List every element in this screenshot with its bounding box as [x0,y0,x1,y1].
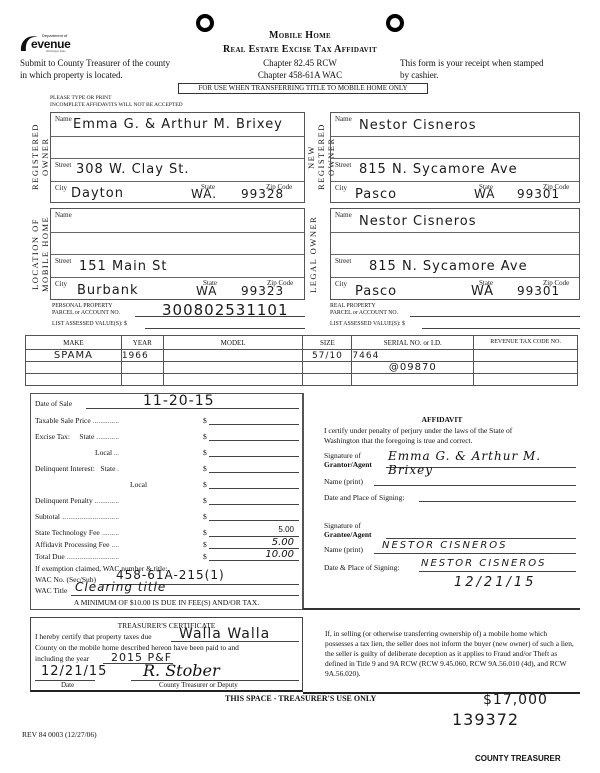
legal-owner-box: Name Nestor Cisneros Street 815 N. Sycam… [330,208,580,300]
table-row [26,374,578,386]
grantee-name-value: NESTOR CISNEROS [382,540,508,551]
reg-name-value: Emma G. & Arthur M. Brixey [73,117,283,132]
cert-signer-label: County Treasurer or Deputy [159,681,238,689]
cell-year[interactable] [121,374,163,386]
chapter-wac: Chapter 458-61A WAC [240,70,360,80]
registered-owner-label: REGISTERED OWNER [30,112,52,202]
tax-line-label: Excise Tax: State [35,432,96,441]
grantor-date-label: Date and Place of Signing: [324,493,404,502]
cell-size[interactable] [303,374,352,386]
col-model: MODEL [163,336,303,350]
treasurer-use-only: THIS SPACE - TREASURER'S USE ONLY [225,694,376,703]
date-of-sale-label: Date of Sale [35,399,72,408]
grantor-date-line[interactable] [419,501,576,502]
tax-line-row: Excise Tax: State.......................… [35,432,294,442]
receipt-note-1: This form is your receipt when stamped [400,58,543,68]
cell-make[interactable]: SPAMA [26,350,122,362]
cert-signature: R. Stober [143,661,220,680]
loc-street-label: Street [55,257,71,265]
legal-name-row2[interactable] [331,233,579,255]
affidavit-section: AFFIDAVIT I certify under penalty of per… [303,393,580,610]
reg-city-value: Dayton [71,186,124,201]
cell-size[interactable]: 57/10 [303,350,352,362]
dollar-sign: $ [203,528,207,537]
reg-street-value: 308 W. Clay St. [76,162,190,177]
grantee-sig-label-2: Grantee/Agent [324,530,372,539]
submit-note-1: Submit to County Treasurer of the county [20,58,170,68]
submit-note-2: in which property is located. [20,70,123,80]
treasurer-certificate: TREASURER'S CERTIFICATE I hereby certify… [30,617,303,692]
cell-serial[interactable] [352,374,474,386]
real-assessed-label: LIST ASSESSED VALUE(S): $ [330,321,405,327]
tax-line-label: State Technology Fee [35,528,102,537]
legal-street-row[interactable]: Street 815 N. Sycamore Ave [331,255,579,278]
table-row: @09870 [26,362,578,374]
cell-model[interactable] [163,350,303,362]
legal-name-value: Nestor Cisneros [359,214,477,229]
reg-street-row[interactable]: Street 308 W. Clay St. [51,159,304,182]
reg-name-label: Name [55,115,72,123]
reg-street-label: Street [55,161,71,169]
tax-amount-field[interactable] [209,488,299,489]
personal-parcel-label-1: PERSONAL PROPERTY [52,303,120,310]
legal-city-row[interactable]: City Pasco State WA Zip Code 99301 [331,278,579,301]
reg-city-label: City [55,184,67,192]
grantee-date-line[interactable] [419,571,576,572]
tax-line-label: Delinquent Penalty [35,496,95,505]
affidavit-divider [303,608,580,610]
tax-line-row: Delinquent Interest: State..............… [35,464,294,474]
loc-street-value: 151 Main St [79,259,167,274]
instructions: PLEASE TYPE OR PRINT INCOMPLETE AFFIDAVI… [50,95,183,109]
cell-revenue-code[interactable] [474,350,578,362]
tax-amount-field[interactable] [209,560,299,561]
tax-line-row: Subtotal................................… [35,512,294,522]
col-revenue-code: REVENUE TAX CODE NO. [474,336,578,350]
legal-name-row[interactable]: Name Nestor Cisneros [331,209,579,233]
loc-name-row[interactable]: Name [51,209,304,233]
loc-zip-value: 99323 [241,284,284,298]
dollar-sign: $ [203,496,207,505]
location-box: Name Street 151 Main St City Burbank Sta… [50,208,305,300]
real-parcel-line[interactable] [410,316,580,317]
grantor-name-line[interactable] [374,485,576,486]
tax-amount-field[interactable] [209,520,299,521]
form-title-line2: Real Estate Excise Tax Affidavit [170,44,430,55]
chapter-rcw: Chapter 82.45 RCW [240,58,360,68]
new-name-row[interactable]: Name Nestor Cisneros [331,113,579,137]
tax-amount-value: 10.00 [265,549,294,560]
col-serial: SERIAL NO. or I.D. [352,336,474,350]
date-of-sale-value: 11-20-15 [143,393,215,409]
new-city-label: City [335,184,347,192]
grantor-name-label: Name (print) [324,477,363,486]
loc-name-row2[interactable] [51,233,304,255]
tax-line-label: Taxable Sale Price [35,416,93,425]
tax-box: Date of Sale 11-20-15 Taxable Sale Price… [30,393,303,610]
tax-amount-field[interactable] [209,472,299,473]
tax-line-label: Affidavit Processing Fee [35,540,111,549]
legal-zip-value: 99301 [517,284,560,298]
cell-revenue-code[interactable] [474,374,578,386]
loc-city-row[interactable]: City Burbank State WA Zip Code 99323 [51,278,304,301]
affidavit-statement-1: I certify under penalty of perjury under… [324,426,512,435]
tax-amount-value: 5.00 [272,537,294,548]
tax-line-label: Local [95,448,114,457]
loc-name-label: Name [55,211,72,219]
wac-title-value: Clearing title [75,580,166,594]
tax-line-row: Affidavit Processing Fee................… [35,540,294,550]
grantee-name-label: Name (print) [324,545,363,554]
use-banner: FOR USE WHEN TRANSFERRING TITLE TO MOBIL… [178,83,428,94]
location-label: LOCATION OF MOBILE HOME [30,208,52,300]
reg-state-value: WA. [191,187,217,201]
grantee-date-value-1: NESTOR CISNEROS [421,558,547,569]
tax-line-label: Total Due [35,552,67,561]
instr-incomplete: INCOMPLETE AFFIDAVITS WILL NOT BE ACCEPT… [50,102,183,109]
tax-line-label: Delinquent Interest: State [35,464,117,473]
handwritten-number: 139372 [452,710,519,729]
tax-line-label: Local [130,480,149,489]
receipt-note-2: by cashier. [400,70,439,80]
treasurer-cert-line1: I hereby certify that property taxes due [35,632,152,641]
handwritten-amount: $17,000 [483,692,548,708]
dollar-sign: $ [203,512,207,521]
new-state-value: WA [474,187,495,201]
grantee-sig-label: Signature of Grantee/Agent [324,521,372,539]
grantee-date-value-2: 12/21/15 [454,575,536,590]
legal-street-value: 815 N. Sycamore Ave [369,259,528,274]
tax-line-row: Local...................................… [35,480,294,490]
county-value: Walla Walla [179,626,270,642]
reg-city-row[interactable]: City Dayton State WA. Zip Code 99328 [51,182,304,204]
tax-lien-warning: If, in selling (or otherwise transferrin… [325,629,575,679]
legal-state-value: WA [471,284,494,299]
grantor-sig-label: Signature of Grantor/Agent [324,451,372,469]
cell-make[interactable] [26,362,122,374]
affidavit-statement-2: Washington that the foregoing is true an… [324,436,473,445]
real-parcel-label-1: REAL PROPERTY [330,303,398,310]
dollar-sign: $ [203,432,207,441]
cell-revenue-code[interactable] [474,362,578,374]
grantee-date-label: Date & Place of Signing: [324,563,399,572]
new-street-label: Street [335,161,351,169]
grantee-signature-line[interactable] [386,538,576,539]
new-name-row2[interactable] [331,137,579,159]
table-row: SPAMA 1966 57/10 7464 [26,350,578,362]
legal-city-value: Pasco [355,284,397,299]
loc-city-value: Burbank [77,283,139,298]
tax-amount-value: 5.00 [278,525,294,534]
cell-serial[interactable]: 7464 [352,350,474,362]
revenue-logo: Department of evenue Washington State [18,33,80,55]
reg-name-row[interactable]: Name Emma G. & Arthur M. Brixey [51,113,304,137]
wac-title-label: WAC Title [35,586,67,595]
cell-size[interactable] [303,362,352,374]
tax-line-row: Local...................................… [35,448,294,458]
legal-owner-label: LEGAL OWNER [308,208,330,300]
minimum-note: A MINIMUM OF $10.00 IS DUE IN FEE(S) AND… [31,598,302,607]
tax-amount-field[interactable] [209,424,299,425]
loc-city-label: City [55,280,67,288]
grantor-sig-label-2: Grantor/Agent [324,460,372,469]
tax-amount-field[interactable] [209,456,299,457]
cert-date-value: 12/21/15 [41,664,107,679]
new-street-value: 815 N. Sycamore Ave [359,162,518,177]
logo-name: evenue [31,37,71,51]
tax-line-row: Delinquent Penalty......................… [35,496,294,506]
cell-model[interactable] [163,362,303,374]
cell-year[interactable] [121,362,163,374]
form-number: REV 84 0003 (12/27/06) [22,730,97,739]
new-zip-value: 99301 [517,187,560,201]
dollar-sign: $ [203,552,207,561]
real-assessed-line[interactable] [422,328,580,329]
col-make: MAKE [26,336,122,350]
grantee-sig-label-1: Signature of [324,521,372,530]
tax-line-row: State Technology Fee....................… [35,528,294,538]
cell-serial[interactable]: @09870 [352,362,474,374]
cell-make[interactable] [26,374,122,386]
grantee-name-line[interactable] [374,553,576,554]
wac-title-line[interactable] [71,595,299,596]
tax-amount-field[interactable] [209,440,299,441]
tax-line-row: Taxable Sale Price......................… [35,416,294,426]
loc-street-row[interactable]: Street 151 Main St [51,255,304,278]
tax-amount-field[interactable] [209,504,299,505]
affidavit-title: AFFIDAVIT [304,415,580,424]
form-title-line1: Mobile Home [200,30,400,41]
reg-zip-value: 99328 [241,187,284,201]
dollar-sign: $ [203,448,207,457]
real-parcel-label: REAL PROPERTY PARCEL or ACCOUNT NO. [330,303,398,317]
dollar-sign: $ [203,464,207,473]
reg-name-row2[interactable] [51,137,304,159]
instr-type-or-print: PLEASE TYPE OR PRINT [50,95,183,102]
col-size: SIZE [303,336,352,350]
new-name-label: Name [335,115,352,123]
personal-parcel-value: 300802531101 [162,301,289,319]
tax-line-row: Total Due...............................… [35,552,294,562]
dollar-sign: $ [203,540,207,549]
new-city-row[interactable]: City Pasco State WA Zip Code 99301 [331,182,579,204]
dollar-sign: $ [203,480,207,489]
real-parcel-label-2: PARCEL or ACCOUNT NO. [330,310,398,317]
new-registered-owner-label: NEW REGISTERED OWNER [306,112,330,202]
legal-street-label: Street [335,257,351,265]
county-treasurer-stamp: COUNTY TREASURER [475,754,561,763]
treasurer-cert-line3: including the year [35,654,89,663]
dollar-sign: $ [203,416,207,425]
new-name-value: Nestor Cisneros [359,118,477,133]
col-year: YEAR [121,336,163,350]
tax-line-label: Subtotal [35,512,62,521]
table-header-row: MAKE YEAR MODEL SIZE SERIAL NO. or I.D. … [26,336,578,350]
personal-parcel-label: PERSONAL PROPERTY PARCEL or ACCOUNT NO. [52,303,120,317]
cell-model[interactable] [163,374,303,386]
personal-assessed-line[interactable] [145,328,305,329]
legal-city-label: City [335,280,347,288]
grantor-signature: Emma G. & Arthur M. Brixey [388,449,580,477]
grantor-sig-label-1: Signature of [324,451,372,460]
new-registered-owner-box: Name Nestor Cisneros Street 815 N. Sycam… [330,112,580,203]
cell-year[interactable]: 1966 [121,350,163,362]
personal-parcel-label-2: PARCEL or ACCOUNT NO. [52,310,120,317]
logo-sub: Washington State [46,50,66,53]
new-street-row[interactable]: Street 815 N. Sycamore Ave [331,159,579,182]
cert-date-label: Date [61,681,74,689]
personal-assessed-label: LIST ASSESSED VALUE(S): $ [52,321,127,327]
legal-name-label: Name [335,211,352,219]
new-city-value: Pasco [355,187,397,202]
mobile-home-table: MAKE YEAR MODEL SIZE SERIAL NO. or I.D. … [25,335,578,385]
registered-owner-box: Name Emma G. & Arthur M. Brixey Street 3… [50,112,305,203]
loc-state-value: WA [196,284,217,298]
